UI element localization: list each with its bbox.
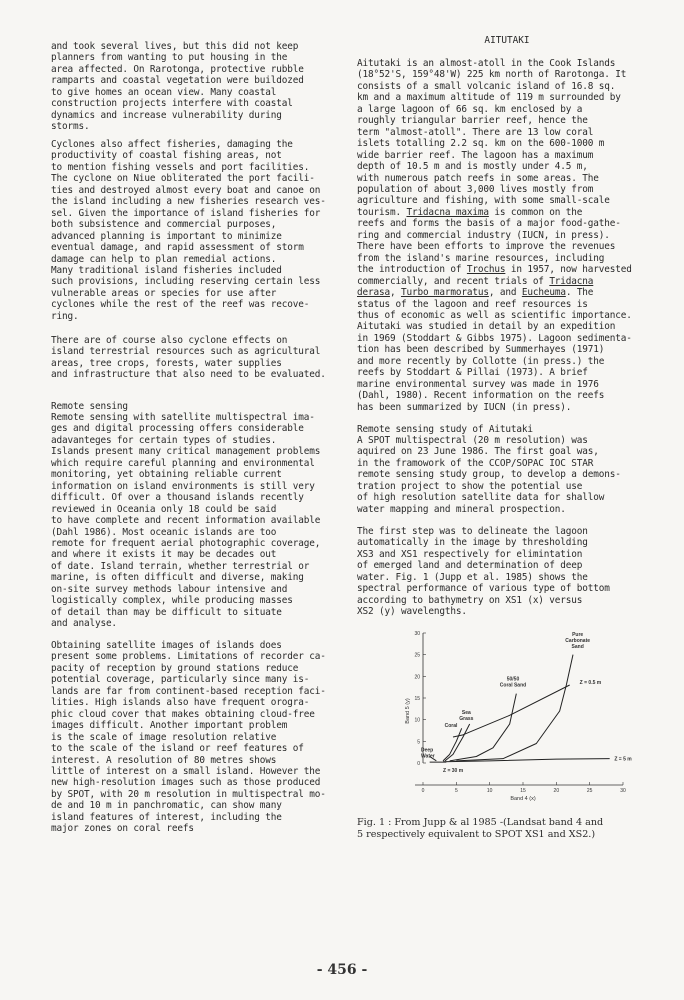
chart-annotation: Coral	[445, 723, 458, 729]
svg-text:15: 15	[414, 696, 420, 702]
svg-text:0: 0	[422, 788, 425, 794]
paragraph-terrestrial: There are of course also cyclone effects…	[51, 335, 326, 381]
series-line	[456, 655, 573, 761]
svg-text:20: 20	[414, 674, 420, 680]
chart-annotation: Sand	[572, 644, 584, 650]
series-line	[450, 694, 517, 761]
heading-remote-sensing: Remote sensing	[51, 401, 128, 412]
page-number: - 456 -	[0, 962, 684, 978]
svg-text:5: 5	[455, 788, 458, 794]
svg-text:10: 10	[487, 788, 493, 794]
chart-annotation: Z = 0.5 m	[580, 680, 602, 686]
paragraph-aitutaki: Aitutaki is an almost-atoll in the Cook …	[357, 58, 632, 413]
paragraph-first-step: The first step was to delineate the lago…	[357, 526, 610, 618]
svg-text:10: 10	[414, 718, 420, 724]
svg-text:5: 5	[417, 739, 420, 745]
paragraph-spot-image: A SPOT multispectral (20 m resolution) w…	[357, 435, 621, 515]
paragraph-remote-sensing: Remote sensing with satellite multispect…	[51, 412, 320, 630]
heading-remote-sensing-study: Remote sensing study of Aitutaki	[357, 424, 533, 435]
chart-annotation: Z = 5 m	[614, 756, 632, 762]
figure-1-chart: 051015202530051015202530Band 4 (x)Band 5…	[395, 625, 665, 820]
svg-text:25: 25	[414, 653, 420, 659]
paragraph-fisheries: Cyclones also affect fisheries, damaging…	[51, 139, 326, 322]
svg-text:30: 30	[620, 788, 626, 794]
svg-text:15: 15	[520, 788, 526, 794]
section-title-aitutaki: AITUTAKI	[357, 35, 657, 46]
svg-text:Band 4 (x): Band 4 (x)	[510, 796, 536, 802]
chart-annotation: Water	[421, 754, 435, 760]
svg-text:0: 0	[417, 761, 420, 767]
chart-annotation: Z = 30 m	[443, 768, 464, 774]
svg-text:30: 30	[414, 631, 420, 637]
paragraph-housing: and took several lives, but this did not…	[51, 41, 304, 133]
paragraph-satellite-images: Obtaining satellite images of islands do…	[51, 640, 326, 835]
svg-text:25: 25	[587, 788, 593, 794]
chart-annotation: Grass	[459, 716, 473, 722]
chart-annotation: Coral Sand	[500, 683, 526, 689]
svg-text:Band 5 (y): Band 5 (y)	[405, 698, 411, 724]
figure-caption: Fig. 1 : From Jupp & al 1985 -(Landsat b…	[357, 817, 657, 840]
svg-text:20: 20	[554, 788, 560, 794]
